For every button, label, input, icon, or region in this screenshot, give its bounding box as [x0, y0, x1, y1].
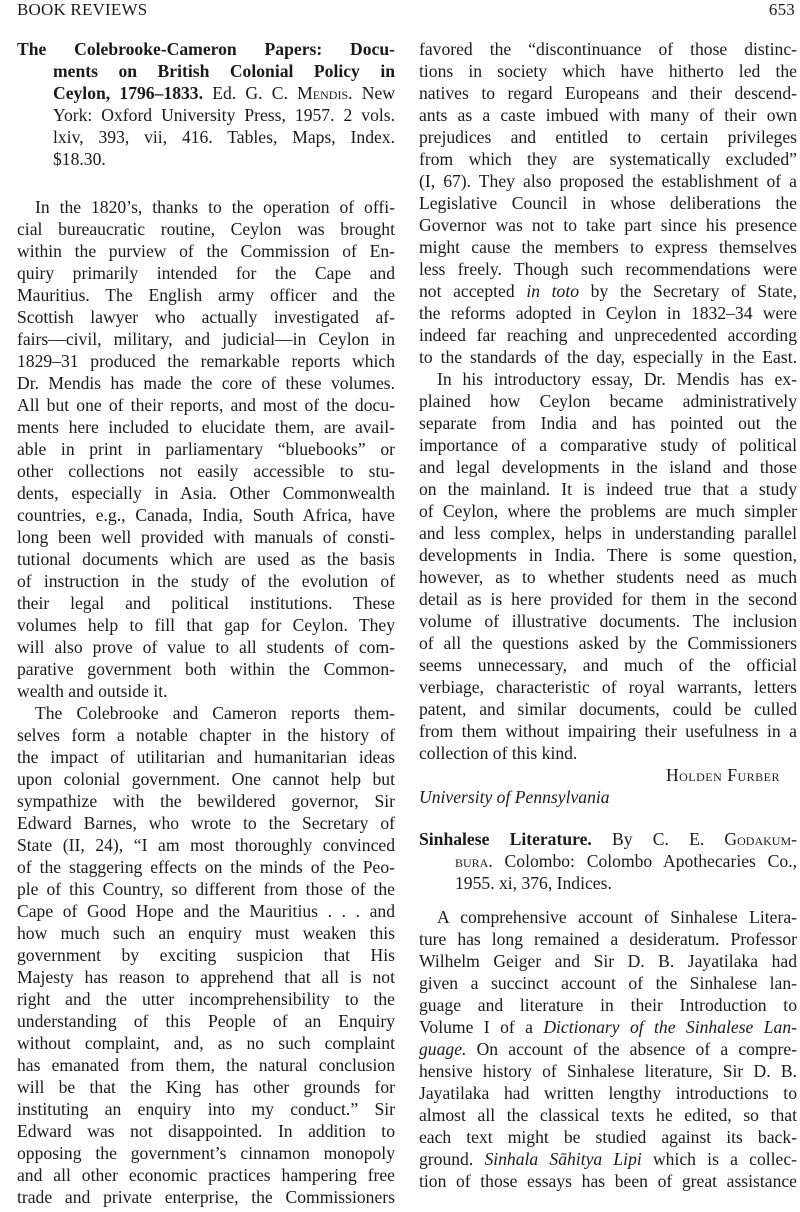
text-line: In his introductory essay, Dr. Mendis ha…	[419, 368, 797, 390]
text-line: will be that the King has other grounds …	[17, 1076, 395, 1098]
left-column: The Colebrooke-Cameron Papers: Docu- men…	[17, 38, 395, 1208]
review2-title: Sinhalese Literature.	[419, 829, 592, 849]
italic-dictionary-title-end: guage.	[419, 1039, 466, 1059]
text-line: of Ceylon, where the problems are much s…	[419, 500, 797, 522]
editor-prefix: Ed. G. C.	[203, 83, 297, 103]
text-line: Majesty has reason to apprehend that all…	[17, 966, 395, 988]
text-span: which is a collec-	[642, 1149, 797, 1169]
citation-price: $18.30.	[17, 148, 395, 170]
text-line: Jayatilaka had written lengthy introduct…	[419, 1082, 797, 1104]
text-line: 1829–31 produced the remarkable reports …	[17, 350, 395, 372]
text-line: The Colebrooke and Cameron reports them-	[17, 702, 395, 724]
lipi-line: ground. Sinhala Sāhitya Lipi which is a …	[419, 1148, 797, 1170]
text-line: Edward Barnes, who wrote to the Secretar…	[17, 812, 395, 834]
review2-citation-line-1: Sinhalese Literature. By C. E. Godakum-	[419, 828, 797, 850]
citation-line-5: lxiv, 393, vii, 416. Tables, Maps, Index…	[17, 126, 395, 148]
text-line: within the purview of the Commission of …	[17, 240, 395, 262]
text-line: Edward was not disappointed. In addition…	[17, 1120, 395, 1142]
text-line: of all the questions asked by the Commis…	[419, 632, 797, 654]
review2-body-end: tion of those essays has been of great a…	[419, 1170, 797, 1192]
text-line: patent, and similar documents, could be …	[419, 698, 797, 720]
text-line: government by exciting suspicion that Hi…	[17, 944, 395, 966]
text-line: Governor was not to take part since his …	[419, 214, 797, 236]
text-line: less freely. Though such recommendations…	[419, 258, 797, 280]
text-line: Scottish lawyer who actually investigate…	[17, 306, 395, 328]
text-line: and all other economic practices hamperi…	[17, 1164, 395, 1186]
text-line: the impact of utilitarian and humanitari…	[17, 746, 395, 768]
dictionary-line: Volume I of a Dictionary of the Sinhales…	[419, 1016, 797, 1038]
right-column: favored the “discontinuance of those dis…	[419, 38, 797, 1192]
review1-body-right-p1-end: the reforms adopted in Ceylon in 1832–34…	[419, 302, 797, 368]
text-line: hensive history of Sinhalese literature,…	[419, 1060, 797, 1082]
text-line: natives to regard Europeans and their de…	[419, 82, 797, 104]
text-line: importance of a comparative study of pol…	[419, 434, 797, 456]
text-line: quiry primarily intended for the Cape an…	[17, 262, 395, 284]
text-line: from them without impairing their useful…	[419, 720, 797, 742]
citation-line-4: York: Oxford University Press, 1957. 2 v…	[17, 104, 395, 126]
text-line: without complaint, and, as no such compl…	[17, 1032, 395, 1054]
text-line: might cause the members to express thems…	[419, 236, 797, 258]
text-line: (I, 67). They also proposed the establis…	[419, 170, 797, 192]
text-line: right and the utter incomprehensibility …	[17, 988, 395, 1010]
publisher: . Colombo: Colombo Apothecaries Co.,	[488, 851, 797, 871]
text-line: All but one of their reports, and most o…	[17, 394, 395, 416]
text-line: opposing the government’s cinnamon monop…	[17, 1142, 395, 1164]
text-line: Wilhelm Geiger and Sir D. B. Jayatilaka …	[419, 950, 797, 972]
review1-body-left: In the 1820’s, thanks to the operation o…	[17, 196, 395, 1208]
text-line: able in print in parliamentary “bluebook…	[17, 438, 395, 460]
text-line: trade and private enterprise, the Commis…	[17, 1186, 395, 1208]
citation-line-3: Ceylon, 1796–1833. Ed. G. C. Mendis. New	[17, 82, 395, 104]
text-line: each text might be studied against its b…	[419, 1126, 797, 1148]
text-line: on the mainland. It is indeed true that …	[419, 478, 797, 500]
text-line: countries, e.g., Canada, India, South Af…	[17, 504, 395, 526]
page-number: 653	[769, 0, 795, 20]
editor-name: Mendis	[297, 83, 348, 103]
text-line: ants as a caste imbued with many of thei…	[419, 104, 797, 126]
text-line: understanding of this People of an Enqui…	[17, 1010, 395, 1032]
italic-dictionary-title: Dictionary of the Sinhalese Lan-	[543, 1017, 797, 1037]
author-name-part2: bura	[455, 851, 488, 871]
text-line: Mauritius. The English army officer and …	[17, 284, 395, 306]
citation-title-end: Ceylon, 1796–1833.	[53, 83, 203, 103]
reviewer-affiliation: University of Pennsylvania	[419, 786, 797, 808]
running-title: BOOK REVIEWS	[17, 0, 147, 20]
review2-body-mid: hensive history of Sinhalese literature,…	[419, 1060, 797, 1148]
text-line: of instruction in the study of the evolu…	[17, 570, 395, 592]
text-line: tutional documents which are used as the…	[17, 548, 395, 570]
text-line: other collections not easily accessible …	[17, 460, 395, 482]
text-line: to the standards of the day, especially …	[419, 346, 797, 368]
citation-title-line-1: The Colebrooke-Cameron Papers: Docu-	[17, 38, 395, 60]
text-line: tion of those essays has been of great a…	[419, 1170, 797, 1192]
text-line: and legal developments in the island and…	[419, 456, 797, 478]
text-line: verbiage, characteristic of royal warran…	[419, 676, 797, 698]
text-line: of the staggering effects on the minds o…	[17, 856, 395, 878]
text-line: however, as to whether students need as …	[419, 566, 797, 588]
review2-citation: Sinhalese Literature. By C. E. Godakum- …	[419, 828, 797, 894]
text-line: instituting an enquiry into my conduct.”…	[17, 1098, 395, 1120]
text-line: Dr. Mendis has made the core of these vo…	[17, 372, 395, 394]
text-span: by the Secretary of State,	[579, 281, 797, 301]
text-line: wealth and outside it.	[17, 680, 395, 702]
text-line: developments in India. There is some que…	[419, 544, 797, 566]
text-line: separate from India and has pointed out …	[419, 412, 797, 434]
citation-title-line-2: ments on British Colonial Policy in	[17, 60, 395, 82]
text-line: plained how Ceylon became administrative…	[419, 390, 797, 412]
text-line: will also prove of value to all students…	[17, 636, 395, 658]
text-line: ments here included to elucidate them, a…	[17, 416, 395, 438]
text-line: ple of this Country, so different from t…	[17, 878, 395, 900]
review1-body-right-p2: In his introductory essay, Dr. Mendis ha…	[419, 368, 797, 764]
text-line: collection of this kind.	[419, 742, 797, 764]
text-line: fairs—civil, military, and judicial—in C…	[17, 328, 395, 350]
text-line: favored the “discontinuance of those dis…	[419, 38, 797, 60]
author-name-part1: Godakum-	[724, 829, 797, 849]
in-toto-line: not accepted in toto by the Secretary of…	[419, 280, 797, 302]
text-line: In the 1820’s, thanks to the operation o…	[17, 196, 395, 218]
text-span: ground.	[419, 1149, 484, 1169]
text-line: dents, especially in Asia. Other Commonw…	[17, 482, 395, 504]
text-line: the reforms adopted in Ceylon in 1832–34…	[419, 302, 797, 324]
review2-citation-line-2: bura. Colombo: Colombo Apothecaries Co.,	[419, 850, 797, 872]
text-line: cial bureaucratic routine, Ceylon was br…	[17, 218, 395, 240]
text-line: has emanated from them, the natural conc…	[17, 1054, 395, 1076]
text-line: State (II, 24), “I am most thoroughly co…	[17, 834, 395, 856]
italic-sinhala-sahitya-lipi: Sinhala Sāhitya Lipi	[484, 1149, 641, 1169]
review2-citation-line-3: 1955. xi, 376, Indices.	[419, 872, 797, 894]
text-span: not accepted	[419, 281, 526, 301]
text-line: long been well provided with manuals of …	[17, 526, 395, 548]
text-line: and less complex, helps in understanding…	[419, 522, 797, 544]
text-line: Legislative Council in whose deliberatio…	[419, 192, 797, 214]
text-line: indeed far reaching and unprecedented ac…	[419, 324, 797, 346]
text-line: given a succinct account of the Sinhales…	[419, 972, 797, 994]
text-line: guage and literature in their Introducti…	[419, 994, 797, 1016]
text-line: A comprehensive account of Sinhalese Lit…	[419, 906, 797, 928]
italic-in-toto: in toto	[526, 281, 579, 301]
text-line: seems unnecessary, and much of the offic…	[419, 654, 797, 676]
text-line: detail as is here provided for them in t…	[419, 588, 797, 610]
text-span: Volume I of a	[419, 1017, 543, 1037]
text-line: selves form a notable chapter in the his…	[17, 724, 395, 746]
review2-body-start: A comprehensive account of Sinhalese Lit…	[419, 906, 797, 1016]
review1-body-right-p1: favored the “discontinuance of those dis…	[419, 38, 797, 280]
reviewer-name: Holden Furber	[419, 764, 797, 786]
editor-suffix: . New	[348, 83, 395, 103]
text-line: their legal and political institutions. …	[17, 592, 395, 614]
text-line: upon colonial government. One cannot hel…	[17, 768, 395, 790]
author-prefix: By C. E.	[592, 829, 725, 849]
text-line: almost all the classical texts he edited…	[419, 1104, 797, 1126]
text-line: how much such an enquiry must weaken thi…	[17, 922, 395, 944]
text-line: prejudices and entitled to certain privi…	[419, 126, 797, 148]
text-line: tions in society which have hitherto led…	[419, 60, 797, 82]
text-line: parative government both within the Comm…	[17, 658, 395, 680]
text-line: Cape of Good Hope and the Mauritius . . …	[17, 900, 395, 922]
text-line: from which they are systematically exclu…	[419, 148, 797, 170]
text-line: sympathize with the bewildered governor,…	[17, 790, 395, 812]
text-line: ture has long remained a desideratum. Pr…	[419, 928, 797, 950]
running-head: BOOK REVIEWS 653	[17, 0, 795, 20]
review1-citation: The Colebrooke-Cameron Papers: Docu- men…	[17, 38, 395, 170]
text-line: volume of illustrative documents. The in…	[419, 610, 797, 632]
language-line: guage. On account of the absence of a co…	[419, 1038, 797, 1060]
text-span: On account of the absence of a compre-	[466, 1039, 797, 1059]
text-line: volumes help to fill that gap for Ceylon…	[17, 614, 395, 636]
